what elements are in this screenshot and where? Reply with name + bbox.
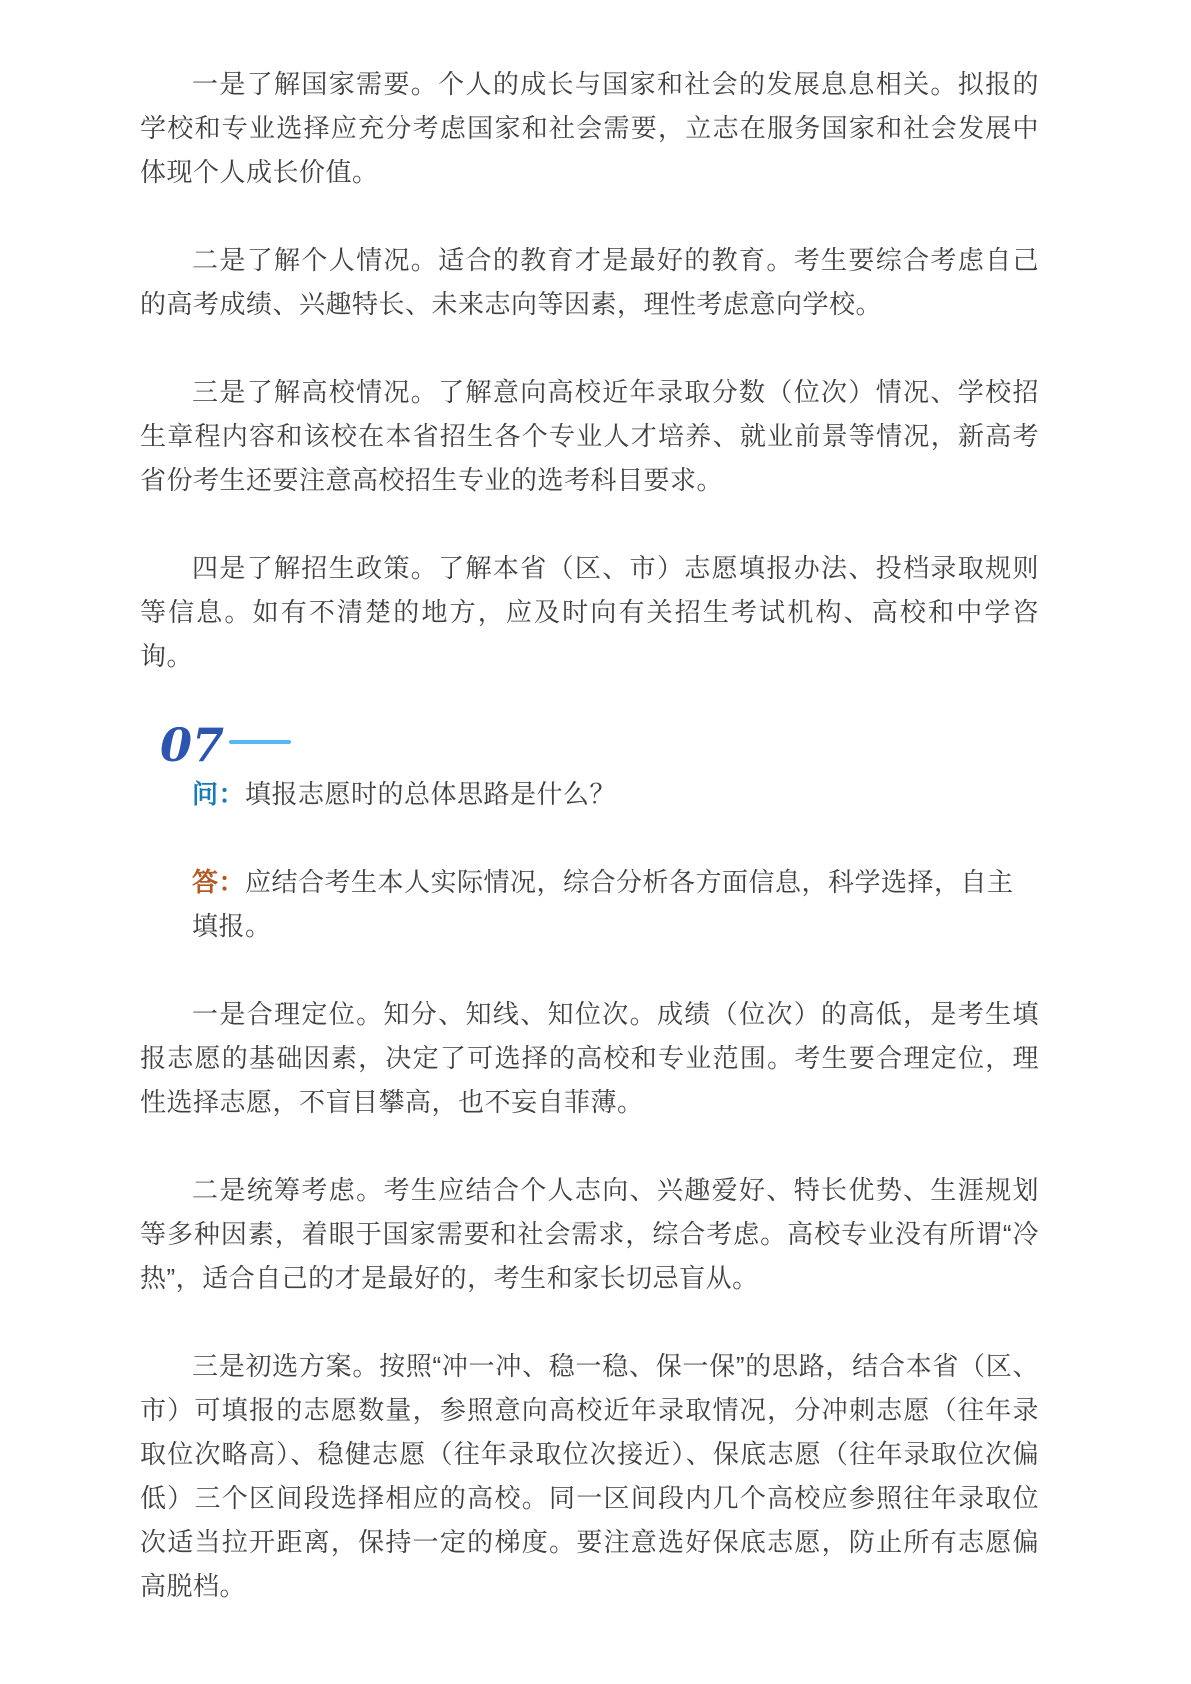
answer-label: 答：	[192, 867, 245, 897]
answer-paragraph-1: 一是了解国家需要。个人的成长与国家和社会的发展息息相关。拟报的学校和专业选择应充…	[140, 62, 1039, 194]
answer-line: 答：应结合考生本人实际情况，综合分析各方面信息，科学选择，自主填报。	[140, 860, 1039, 948]
question-text: 填报志愿时的总体思路是什么？	[245, 779, 616, 809]
section-divider-line	[229, 740, 291, 744]
answer-detail-paragraph-2: 二是统筹考虑。考生应结合个人志向、兴趣爱好、特长优势、生涯规划等多种因素，着眼于…	[140, 1168, 1039, 1300]
question-line: 问：填报志愿时的总体思路是什么？	[140, 772, 1039, 816]
document-page: 一是了解国家需要。个人的成长与国家和社会的发展息息相关。拟报的学校和专业选择应充…	[0, 0, 1191, 1684]
section-number: 07	[160, 722, 224, 768]
answer-detail-paragraph-1: 一是合理定位。知分、知线、知位次。成绩（位次）的高低，是考生填报志愿的基础因素，…	[140, 992, 1039, 1124]
answer-paragraph-2: 二是了解个人情况。适合的教育才是最好的教育。考生要综合考虑自己的高考成绩、兴趣特…	[140, 238, 1039, 326]
answer-paragraph-4: 四是了解招生政策。了解本省（区、市）志愿填报办法、投档录取规则等信息。如有不清楚…	[140, 546, 1039, 678]
question-label: 问：	[192, 779, 245, 809]
answer-paragraph-3: 三是了解高校情况。了解意向高校近年录取分数（位次）情况、学校招生章程内容和该校在…	[140, 370, 1039, 502]
section-07-header: 07	[140, 722, 1039, 768]
answer-summary-text: 应结合考生本人实际情况，综合分析各方面信息，科学选择，自主填报。	[192, 867, 1014, 941]
answer-detail-paragraph-3: 三是初选方案。按照“冲一冲、稳一稳、保一保”的思路，结合本省（区、市）可填报的志…	[140, 1344, 1039, 1608]
